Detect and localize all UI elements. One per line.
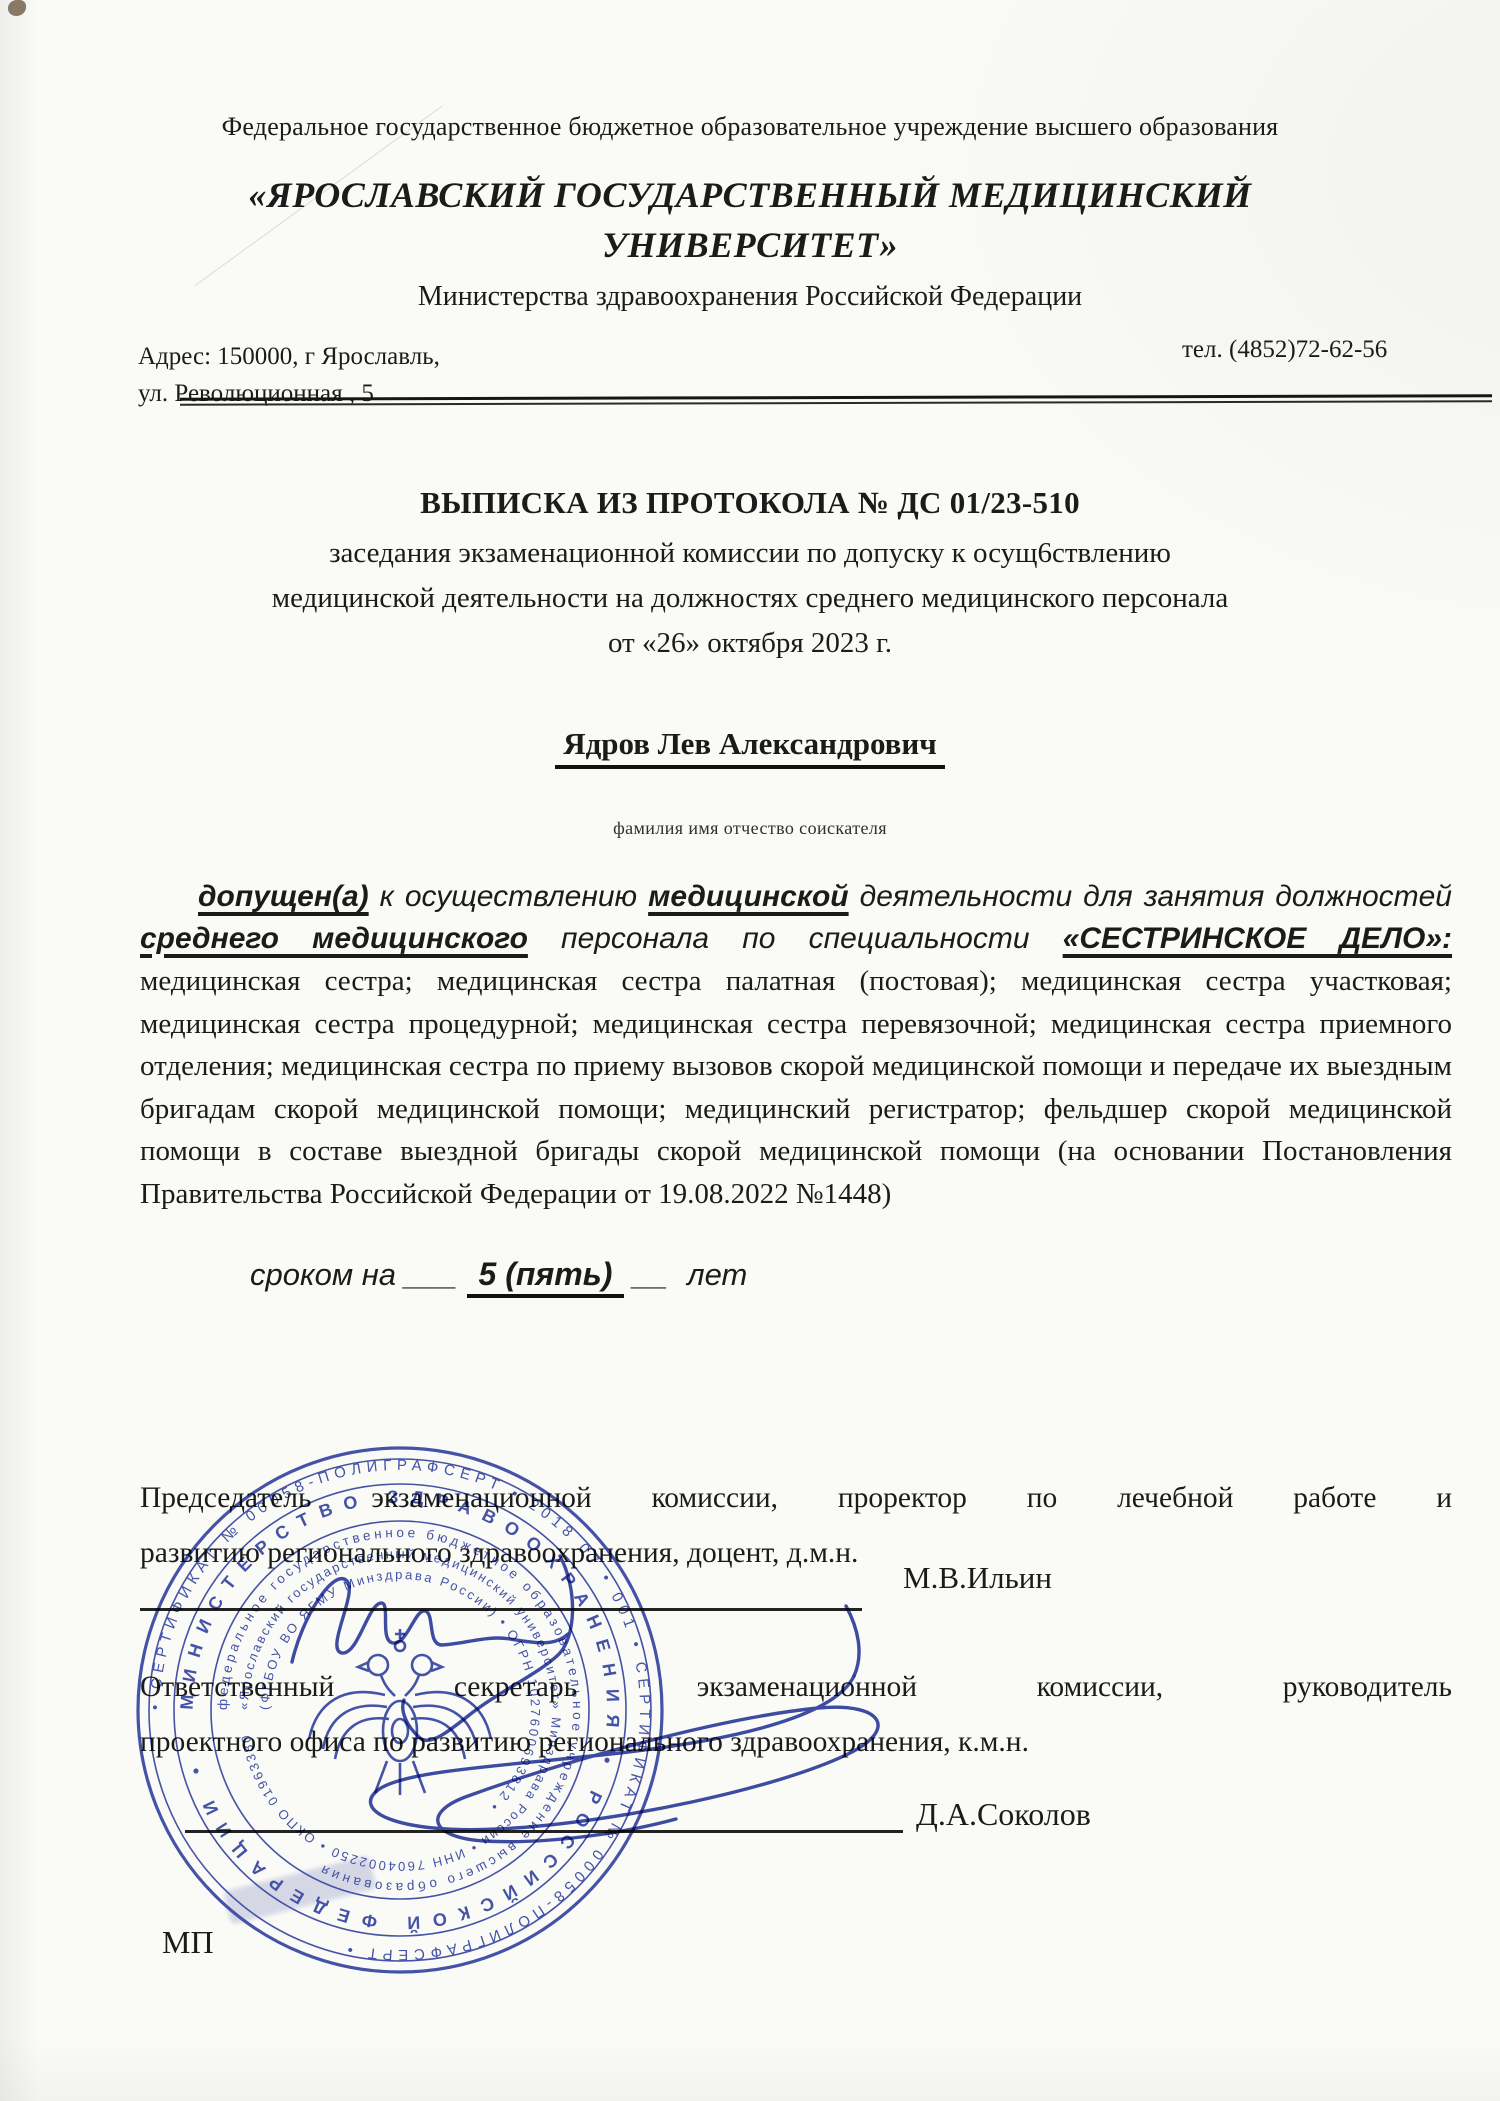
admission-positions-list: медицинская сестра; медицинская сестра п… bbox=[140, 965, 1452, 1210]
admission-specialty: «СЕСТРИНСКОЕ ДЕЛО»: bbox=[1063, 922, 1452, 955]
document-title: ВЫПИСКА ИЗ ПРОТОКОЛА № ДС 01/23-510 bbox=[0, 485, 1500, 521]
candidate-name: Ядров Лев Александрович bbox=[555, 726, 945, 769]
subtitle-line-3: от «26» октября 2023 г. bbox=[0, 627, 1500, 660]
secretary-signature-ink bbox=[371, 1606, 879, 1842]
ministry-line: Министерства здравоохранения Российской … bbox=[0, 281, 1500, 313]
admission-status: допущен(а) bbox=[198, 880, 369, 913]
admission-text-3: персонала по специальности bbox=[528, 922, 1063, 955]
term-blank-2: __ bbox=[633, 1257, 668, 1292]
candidate-name-caption: фамилия имя отчество соискателя bbox=[0, 818, 1500, 839]
address-line-1: Адрес: 150000, г Ярославль, bbox=[138, 338, 440, 375]
address-line-2: ул. Революционная , 5 bbox=[138, 375, 440, 412]
term-blank-1: ___ bbox=[405, 1257, 458, 1292]
admission-text-1: к осуществлению bbox=[369, 880, 648, 913]
term-prefix: сроком на bbox=[250, 1257, 396, 1292]
university-name-line2: УНИВЕРСИТЕТ» bbox=[0, 220, 1500, 270]
chairman-signature-ink bbox=[292, 1556, 573, 1740]
admission-paragraph: допущен(а) к осуществлению медицинской д… bbox=[140, 876, 1452, 1215]
paper-speck bbox=[8, 0, 26, 16]
subtitle-line-2: медицинской деятельности на должностях с… bbox=[0, 582, 1500, 615]
university-name-line1: «ЯРОСЛАВСКИЙ ГОСУДАРСТВЕННЫЙ МЕДИЦИНСКИЙ bbox=[0, 170, 1500, 220]
org-type-line: Федеральное государственное бюджетное об… bbox=[0, 112, 1500, 142]
admission-text-2: деятельности для занятия должностей bbox=[849, 880, 1452, 913]
scanned-document-page: Федеральное государственное бюджетное об… bbox=[0, 0, 1500, 2101]
candidate-name-row: Ядров Лев Александрович bbox=[0, 726, 1500, 769]
signatures-ink-layer bbox=[120, 1520, 1060, 1950]
term-suffix: лет bbox=[687, 1257, 747, 1292]
subtitle-line-1: заседания экзаменационной комиссии по до… bbox=[0, 537, 1500, 570]
term-value: 5 (пять) bbox=[467, 1256, 625, 1298]
phone-line: тел. (4852)72-62-56 bbox=[1182, 336, 1387, 364]
term-line: сроком на ___ 5 (пять) __ лет bbox=[250, 1256, 747, 1293]
admission-medical-word: медицинской bbox=[648, 880, 848, 913]
admission-staff-level: среднего медицинского bbox=[140, 922, 528, 955]
university-name: «ЯРОСЛАВСКИЙ ГОСУДАРСТВЕННЫЙ МЕДИЦИНСКИЙ… bbox=[0, 170, 1500, 270]
